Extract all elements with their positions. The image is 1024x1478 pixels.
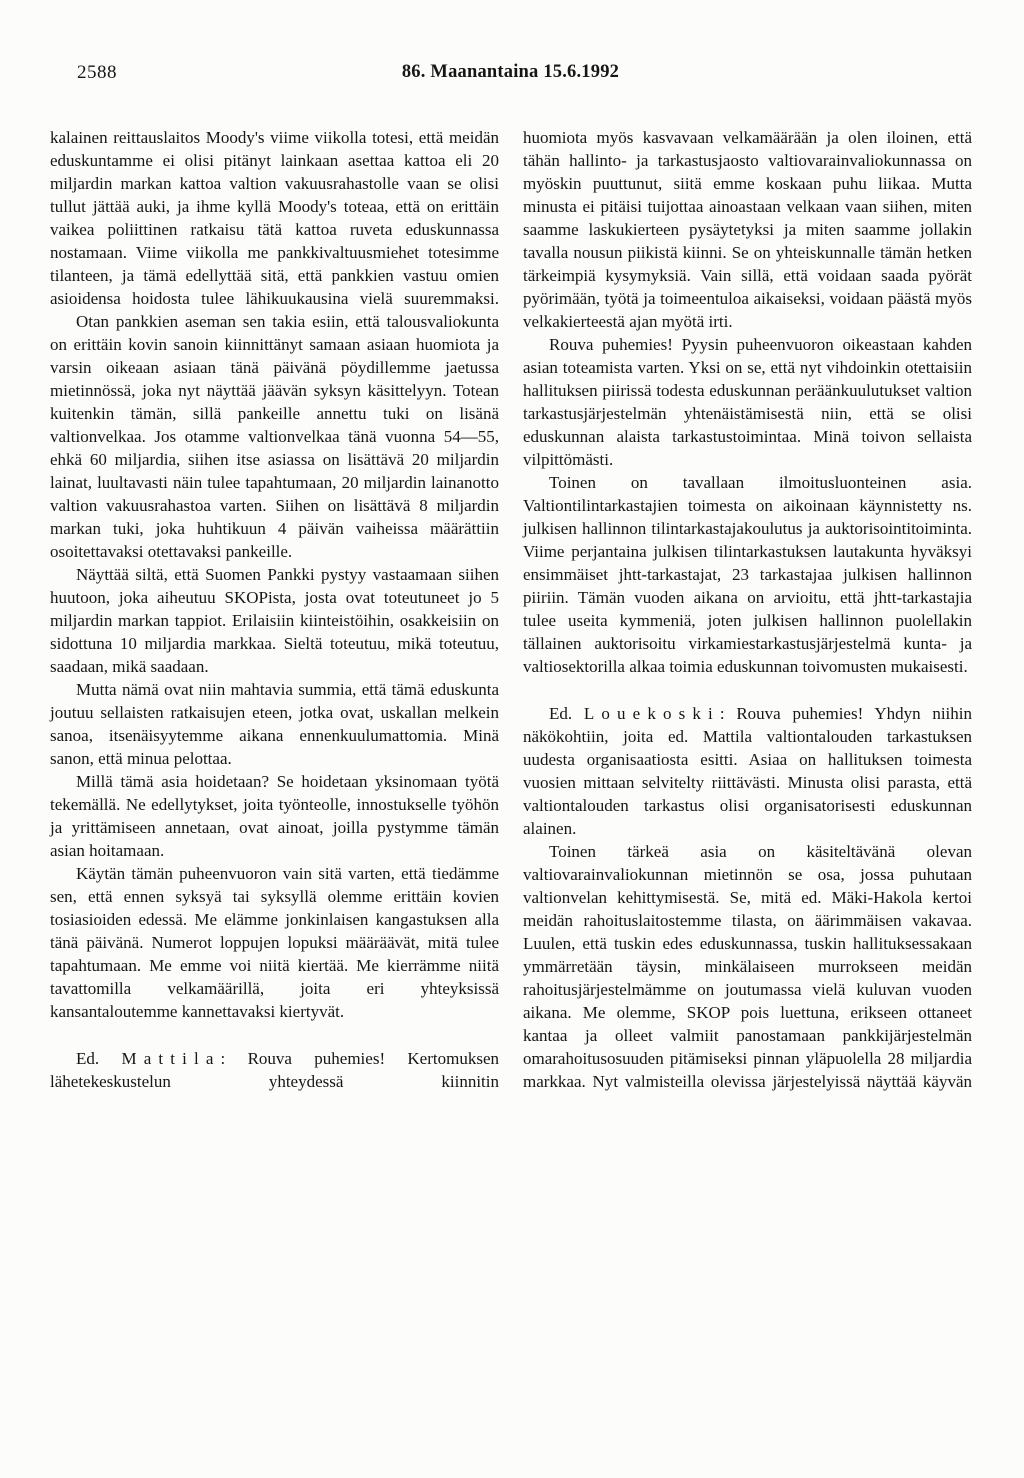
paragraph-continuation: kalainen reittauslaitos Moody's viime vi… bbox=[50, 126, 499, 310]
paragraph: Rouva puhemies! Pyysin puheenvuoron oike… bbox=[523, 333, 972, 471]
paragraph: Otan pankkien aseman sen takia esiin, et… bbox=[50, 310, 499, 563]
speaker-name: Mattila bbox=[121, 1049, 220, 1068]
page-header: 2588 86. Maanantaina 15.6.1992 bbox=[55, 62, 966, 83]
speech-paragraph-mattila: Ed. Mattila: Rouva puhemies! Kertomuksen… bbox=[50, 1047, 499, 1093]
paragraph: Mutta nämä ovat niin mahtavia summia, et… bbox=[50, 678, 499, 770]
speaker-colon: : bbox=[720, 704, 725, 723]
header-title: 86. Maanantaina 15.6.1992 bbox=[55, 62, 966, 83]
speaker-prefix: Ed. bbox=[76, 1049, 99, 1068]
paragraph: Näyttää siltä, että Suomen Pankki pystyy… bbox=[50, 563, 499, 678]
speech-paragraph-louekoski: Ed. Louekoski: Rouva puhemies! Yhdyn nii… bbox=[523, 702, 972, 840]
right-column: huomiota myös kasvavaan velkamäärään ja … bbox=[523, 126, 972, 1093]
paragraph: Toinen on tavallaan ilmoitusluonteinen a… bbox=[523, 471, 972, 678]
speech-text: Rouva puhemies! Yhdyn niihin näkökohtiin… bbox=[523, 704, 972, 838]
paragraph: Millä tämä asia hoidetaan? Se hoidetaan … bbox=[50, 770, 499, 862]
paragraph: Käytän tämän puheenvuoron vain sitä vart… bbox=[50, 862, 499, 1023]
text-columns: kalainen reittauslaitos Moody's viime vi… bbox=[50, 126, 972, 1093]
speaker-name: Louekoski bbox=[584, 704, 720, 723]
speech-text: Rouva puhemies! Kertomuksen lähetekeskus… bbox=[50, 1049, 499, 1091]
document-page: 2588 86. Maanantaina 15.6.1992 kalainen … bbox=[0, 0, 1024, 1478]
speaker-prefix: Ed. bbox=[549, 704, 572, 723]
paragraph: Toinen tärkeä asia on käsiteltävänä olev… bbox=[523, 840, 972, 1093]
left-column: kalainen reittauslaitos Moody's viime vi… bbox=[50, 126, 499, 1093]
paragraph-continuation: huomiota myös kasvavaan velkamäärään ja … bbox=[523, 126, 972, 333]
speaker-colon: : bbox=[221, 1049, 226, 1068]
page-number: 2588 bbox=[77, 62, 117, 84]
